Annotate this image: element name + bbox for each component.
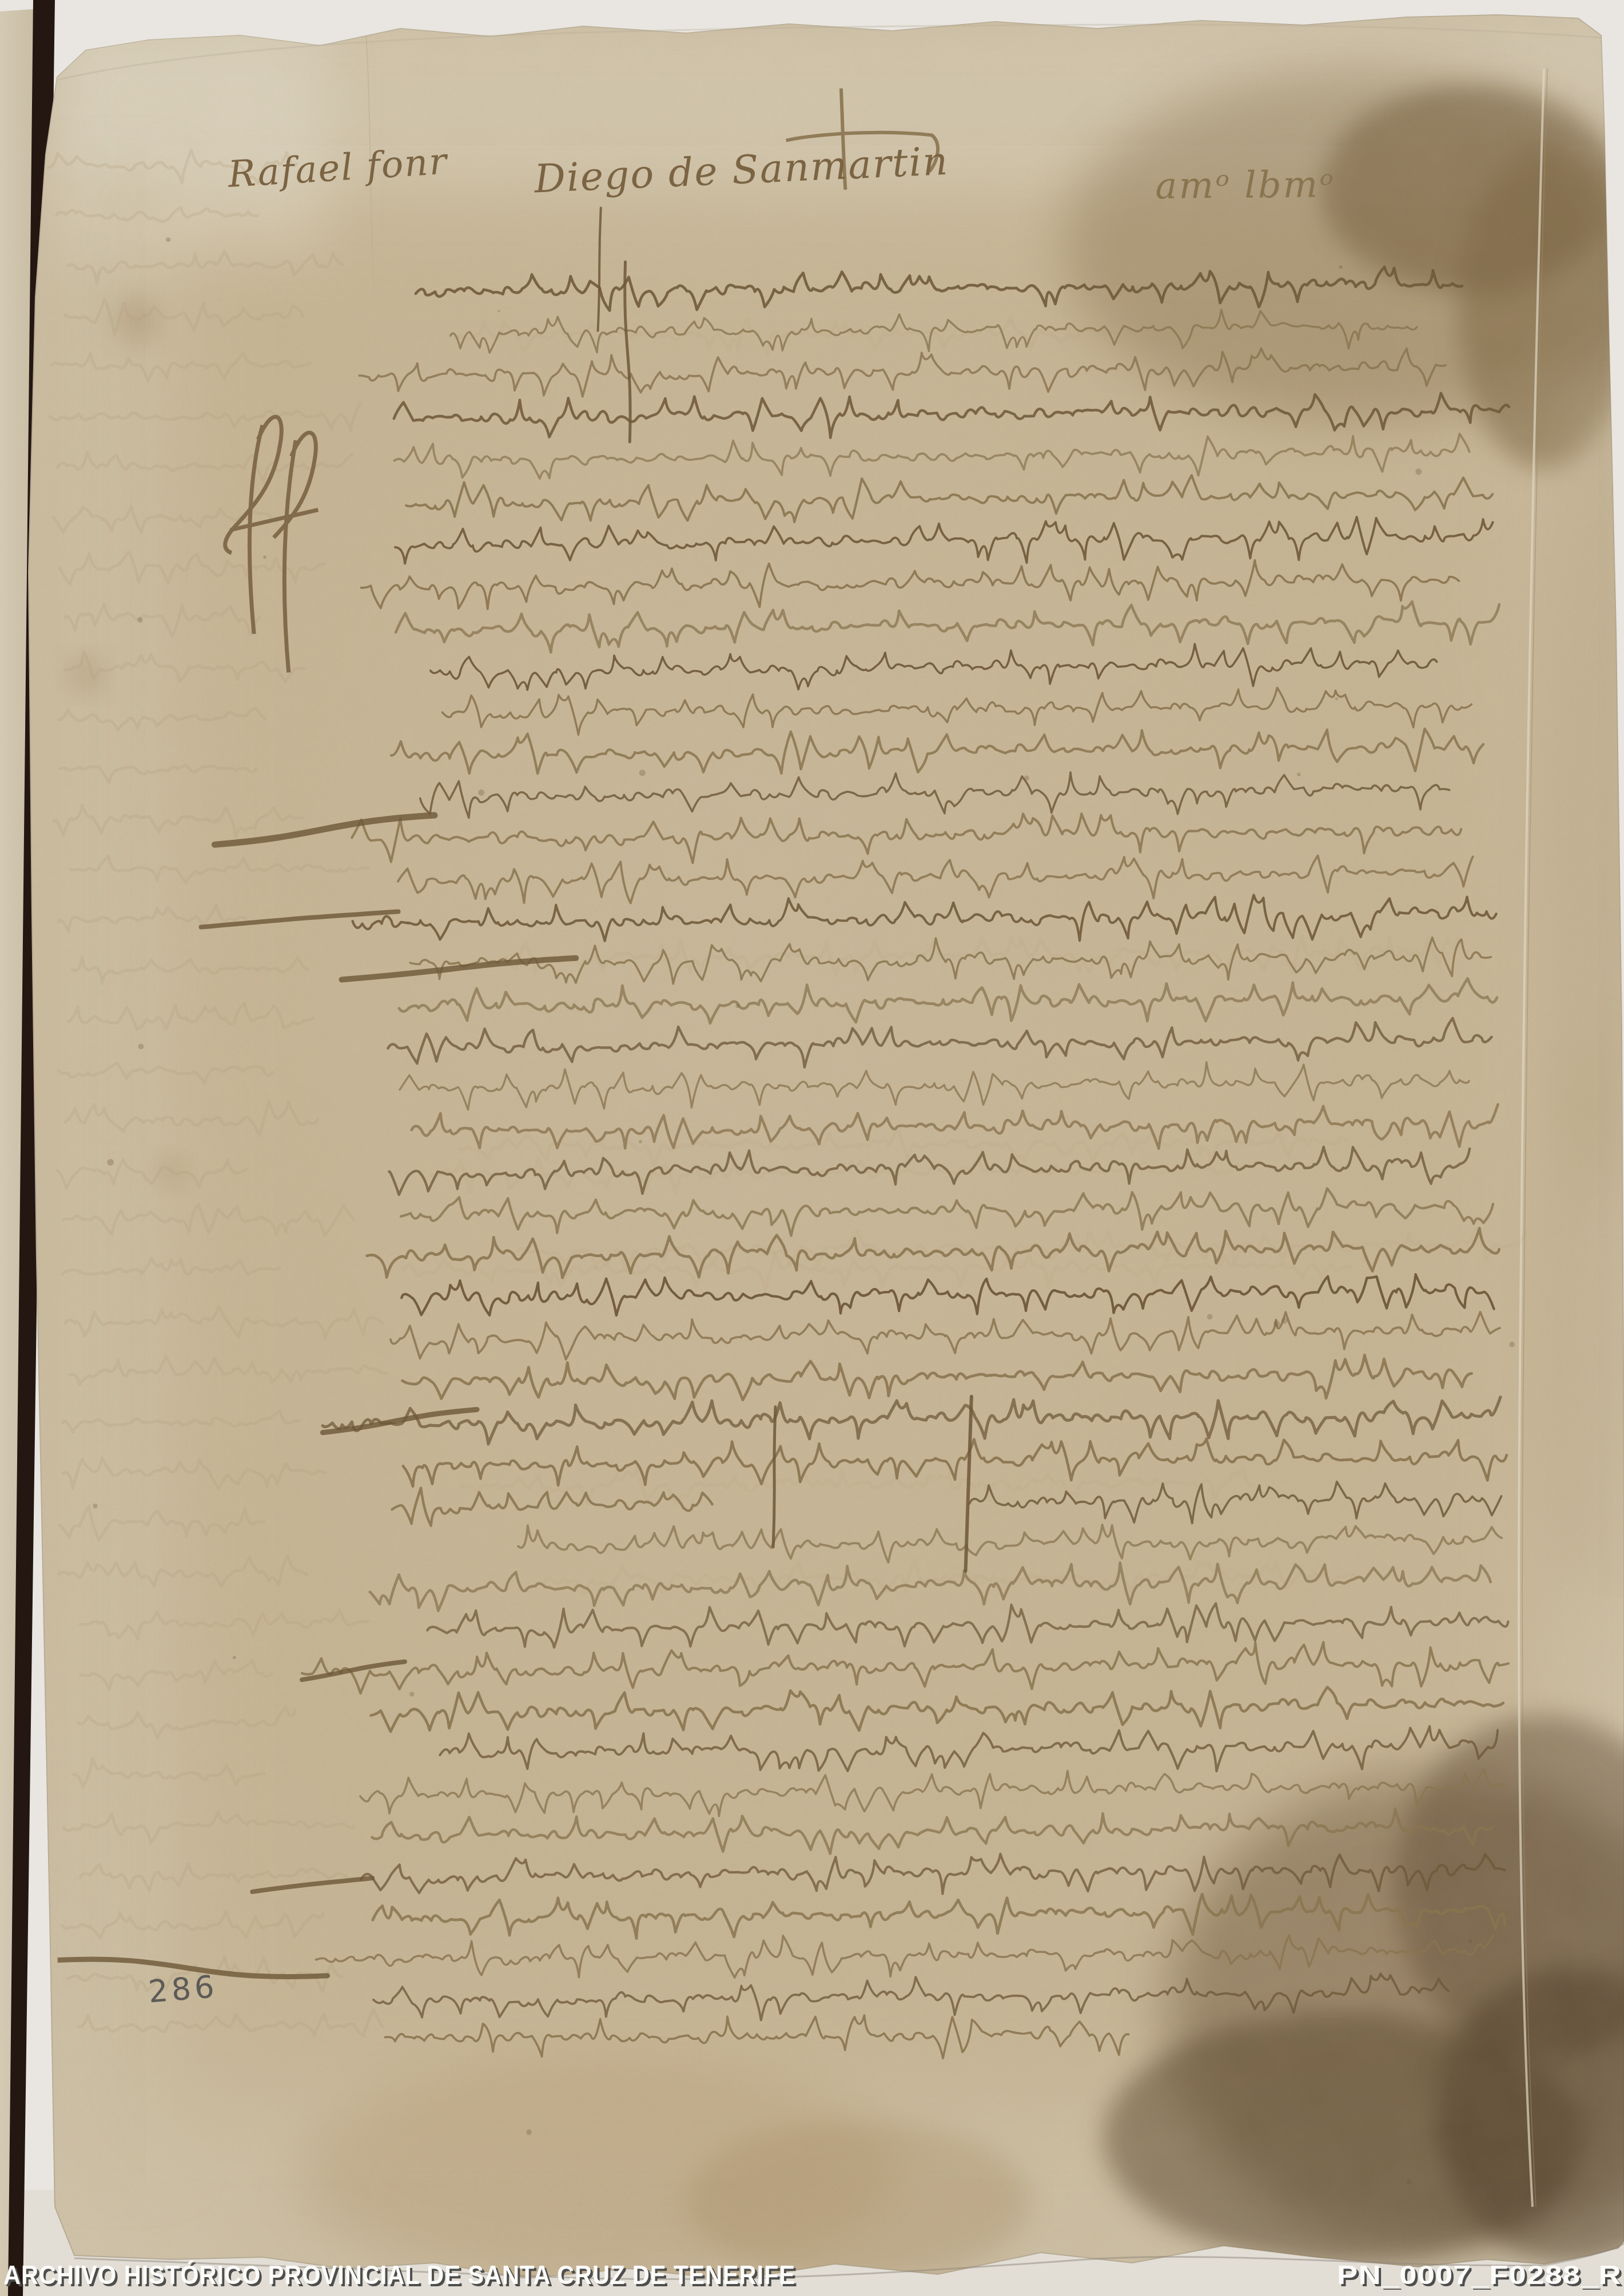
ink-speck xyxy=(93,1504,97,1508)
ink-speck xyxy=(1281,1318,1288,1324)
folio-number: 286 xyxy=(147,1968,219,2010)
header-year-notation: amᵒ lbmᵒ xyxy=(1155,164,1335,208)
ink-speck xyxy=(478,790,484,796)
ink-speck xyxy=(1335,697,1338,700)
ink-speck xyxy=(137,617,142,623)
ink-speck xyxy=(735,1004,739,1008)
ink-speck xyxy=(639,1140,642,1143)
manuscript-scan: Rafael fonr Diego de Sanmartin amᵒ lbmᵒ … xyxy=(0,0,1624,2296)
ink-speck xyxy=(407,921,410,924)
archive-caption: ARCHIVO HISTÓRICO PROVINCIAL DE SANTA CR… xyxy=(3,2260,795,2290)
ink-speck xyxy=(107,1159,114,1166)
ink-speck xyxy=(1509,1342,1515,1348)
ink-speck xyxy=(233,1656,236,1659)
ink-speck xyxy=(1415,468,1422,475)
ink-speck xyxy=(1273,1321,1280,1327)
reference-code: PN_0007_F0288_R xyxy=(1337,2260,1622,2290)
ink-speck xyxy=(1297,772,1301,776)
ink-speck xyxy=(166,237,170,242)
ink-speck xyxy=(138,1044,144,1050)
ink-speck xyxy=(526,2130,532,2135)
ink-speck xyxy=(1339,265,1342,269)
ink-speck xyxy=(639,770,646,776)
manuscript-scan-page: Rafael fonr Diego de Sanmartin amᵒ lbmᵒ … xyxy=(0,0,1624,2296)
ink-speck xyxy=(1024,776,1029,781)
ink-speck xyxy=(1207,1314,1213,1320)
ink-speck xyxy=(1468,1939,1472,1943)
ink-speck xyxy=(1406,2179,1412,2185)
ink-speck xyxy=(497,310,500,312)
ink-speck xyxy=(409,1692,414,1696)
ink-speck xyxy=(263,556,266,559)
